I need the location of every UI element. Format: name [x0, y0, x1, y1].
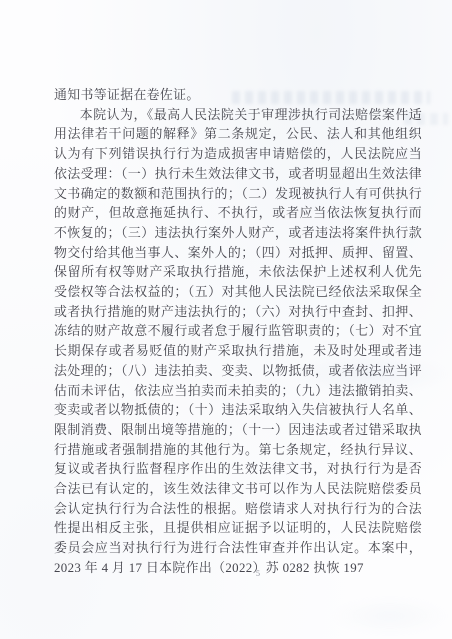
- page-number: 5: [250, 569, 266, 578]
- document-body-text: 通知书等证据在卷佐证。 本院认为，《最高人民法院关于审理涉执行司法赔偿案件适用法…: [54, 86, 422, 579]
- paragraph-court-opinion: 本院认为，《最高人民法院关于审理涉执行司法赔偿案件适用法律若干问题的解释》第二条…: [54, 106, 422, 579]
- bleedthrough-artifact: [330, 596, 450, 636]
- paragraph-evidence-note: 通知书等证据在卷佐证。: [54, 86, 422, 106]
- scanned-document-page: 通知书等证据在卷佐证。 本院认为，《最高人民法院关于审理涉执行司法赔偿案件适用法…: [0, 0, 452, 639]
